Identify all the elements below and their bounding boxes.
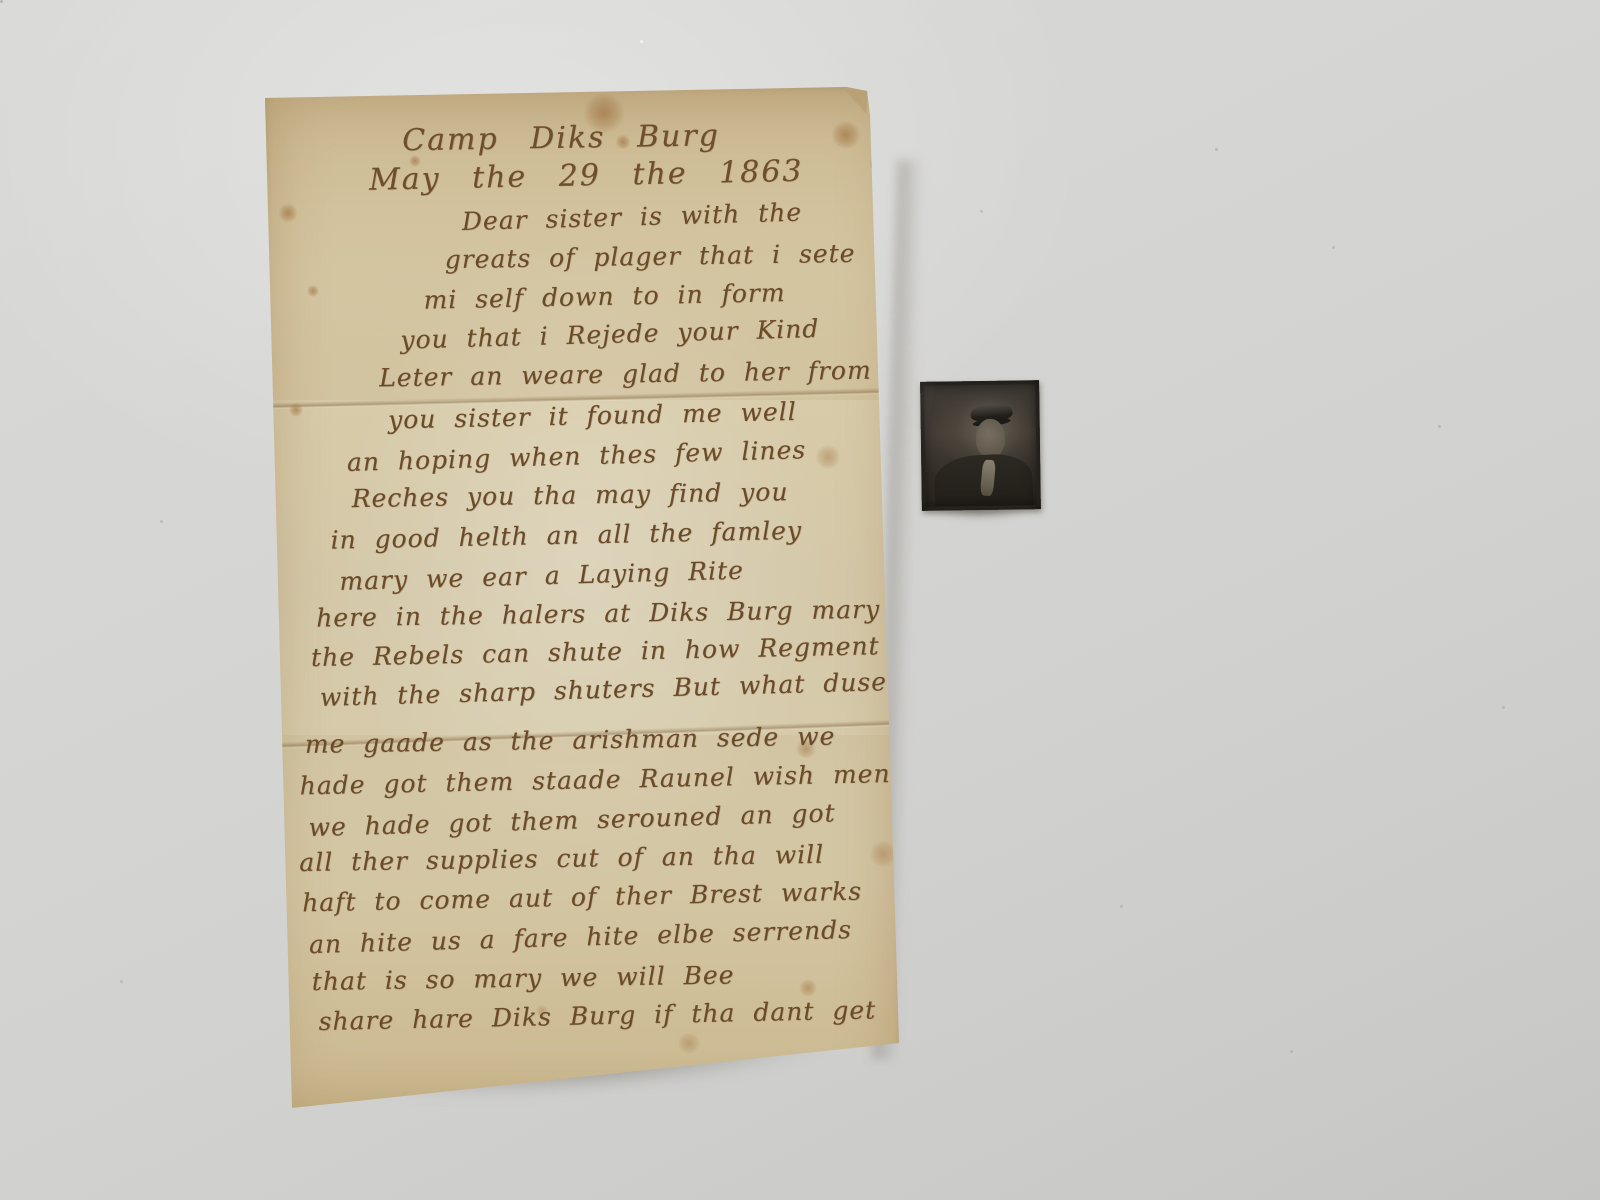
handwritten-letter: Camp Diks Burg May the 29 the 1863 Dear … [263,85,903,1120]
letter-line: greats of plager that i sete [444,234,855,280]
letter-line: Leter an weare glad to her from [379,351,872,399]
tintype-sheen [920,380,1041,511]
wall-texture-speckles [0,0,3,3]
tintype-photograph [920,380,1041,511]
photograph-scene: Camp Diks Burg May the 29 the 1863 Dear … [0,0,1600,1200]
letter-text: Camp Diks Burg May the 29 the 1863 Dear … [263,72,925,1120]
